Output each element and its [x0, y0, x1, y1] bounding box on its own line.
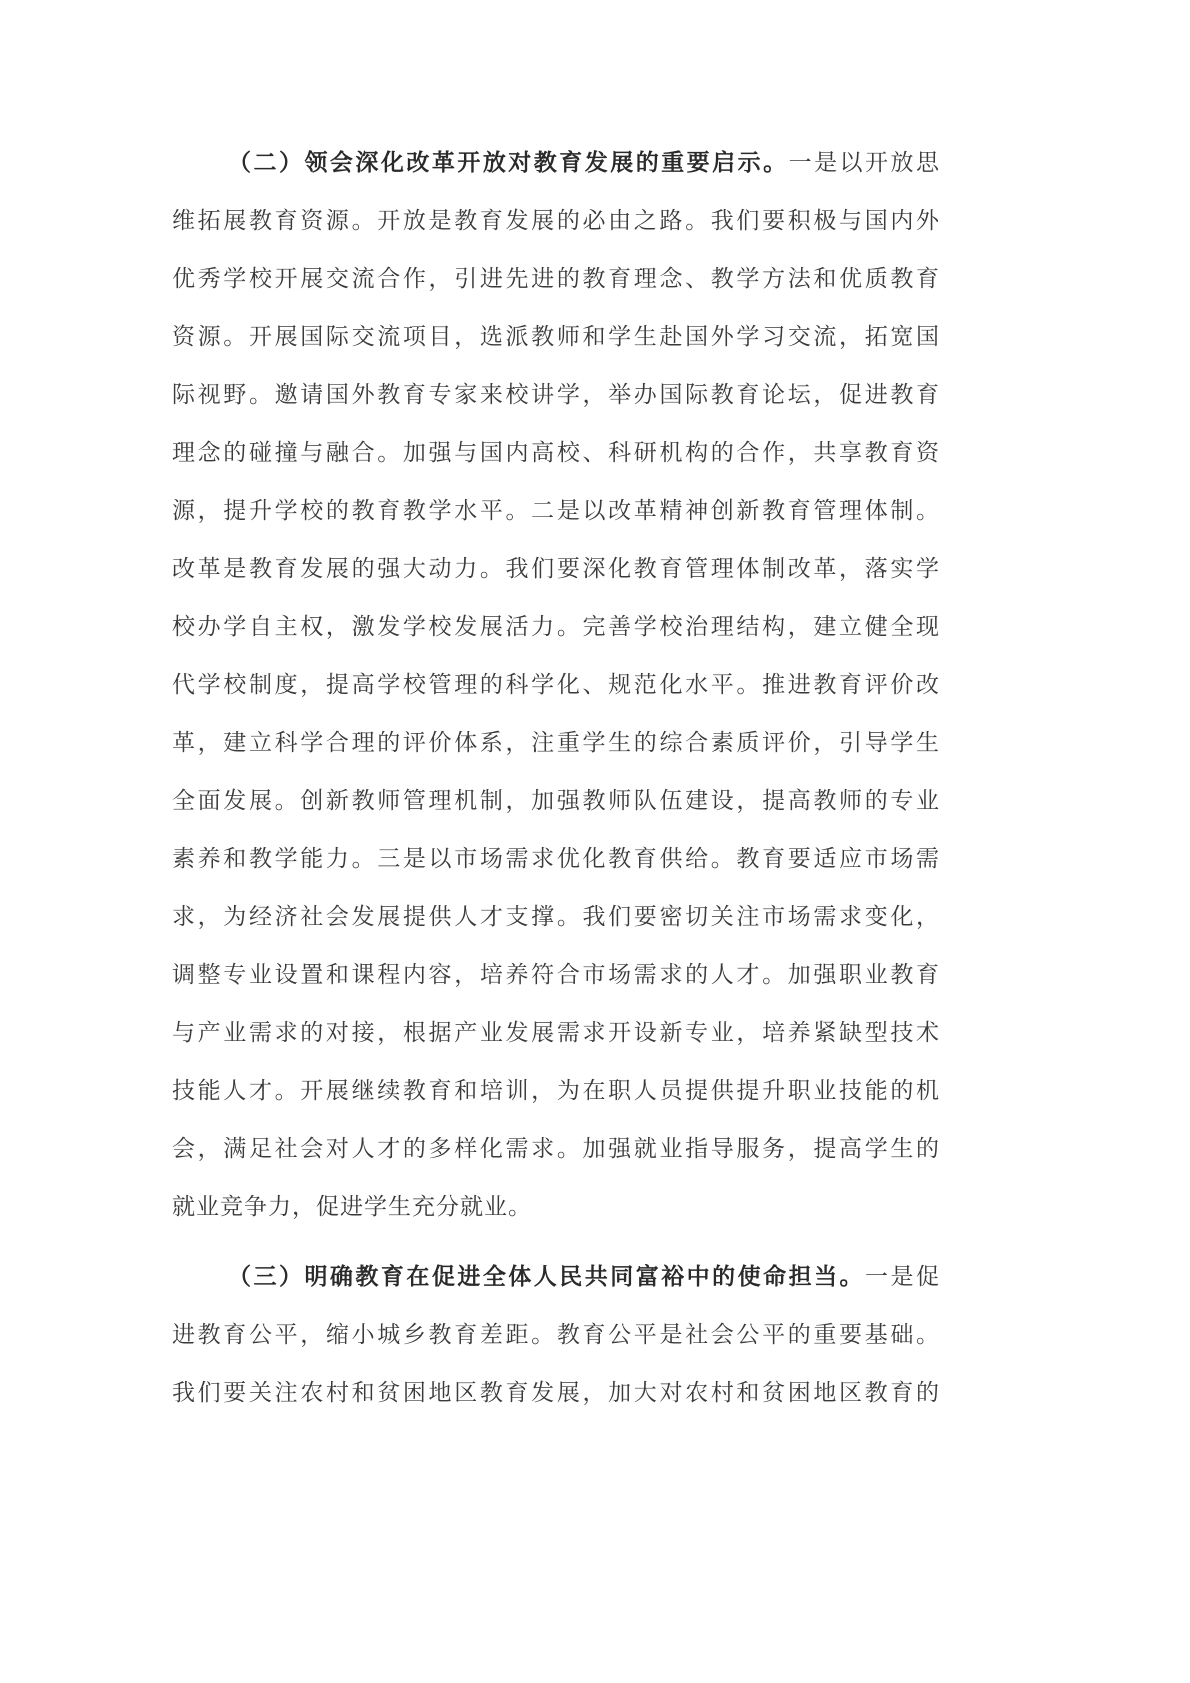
- paragraph-line: 改革是教育发展的强大动力。我们要深化教育管理体制改革，落实学: [172, 549, 940, 589]
- paragraph-line: 优秀学校开展交流合作，引进先进的教育理念、教学方法和优质教育: [172, 259, 940, 299]
- paragraph-line: 求，为经济社会发展提供人才支撑。我们要密切关注市场需求变化，: [172, 897, 940, 937]
- section-heading: （三）明确教育在促进全体人民共同富裕中的使命担当。: [228, 1264, 865, 1290]
- paragraph-line: 革，建立科学合理的评价体系，注重学生的综合素质评价，引导学生: [172, 723, 940, 763]
- paragraph-line: 与产业需求的对接，根据产业发展需求开设新专业，培养紧缺型技术: [172, 1013, 940, 1053]
- document-page: （二）领会深化改革开放对教育发展的重要启示。一是以开放思 维拓展教育资源。开放是…: [0, 0, 1190, 1683]
- paragraph-text: 一是以开放思: [789, 150, 940, 176]
- paragraph-line: 全面发展。创新教师管理机制，加强教师队伍建设，提高教师的专业: [172, 781, 940, 821]
- paragraph-line: 源，提升学校的教育教学水平。二是以改革精神创新教育管理体制。: [172, 491, 940, 531]
- paragraph-line: 技能人才。开展继续教育和培训，为在职人员提供提升职业技能的机: [172, 1071, 940, 1111]
- paragraph-text: 一是促: [865, 1264, 940, 1290]
- paragraph-line: 维拓展教育资源。开放是教育发展的必由之路。我们要积极与国内外: [172, 201, 940, 241]
- paragraph-line: 素养和教学能力。三是以市场需求优化教育供给。教育要适应市场需: [172, 839, 940, 879]
- paragraph-line: 代学校制度，提高学校管理的科学化、规范化水平。推进教育评价改: [172, 665, 940, 705]
- paragraph-line: 资源。开展国际交流项目，选派教师和学生赴国外学习交流，拓宽国: [172, 317, 940, 357]
- paragraph-line: 调整专业设置和课程内容，培养符合市场需求的人才。加强职业教育: [172, 955, 940, 995]
- paragraph-line: 会，满足社会对人才的多样化需求。加强就业指导服务，提高学生的: [172, 1129, 940, 1169]
- paragraph-line: 际视野。邀请国外教育专家来校讲学，举办国际教育论坛，促进教育: [172, 375, 940, 415]
- paragraph-line: 进教育公平，缩小城乡教育差距。教育公平是社会公平的重要基础。: [172, 1315, 940, 1355]
- paragraph-line: 就业竞争力，促进学生充分就业。: [172, 1187, 940, 1227]
- paragraph-line: （三）明确教育在促进全体人民共同富裕中的使命担当。一是促: [228, 1257, 940, 1297]
- section-heading: （二）领会深化改革开放对教育发展的重要启示。: [228, 150, 789, 176]
- paragraph-line: （二）领会深化改革开放对教育发展的重要启示。一是以开放思: [228, 143, 940, 183]
- paragraph-line: 我们要关注农村和贫困地区教育发展，加大对农村和贫困地区教育的: [172, 1373, 940, 1413]
- paragraph-line: 理念的碰撞与融合。加强与国内高校、科研机构的合作，共享教育资: [172, 433, 940, 473]
- paragraph-line: 校办学自主权，激发学校发展活力。完善学校治理结构，建立健全现: [172, 607, 940, 647]
